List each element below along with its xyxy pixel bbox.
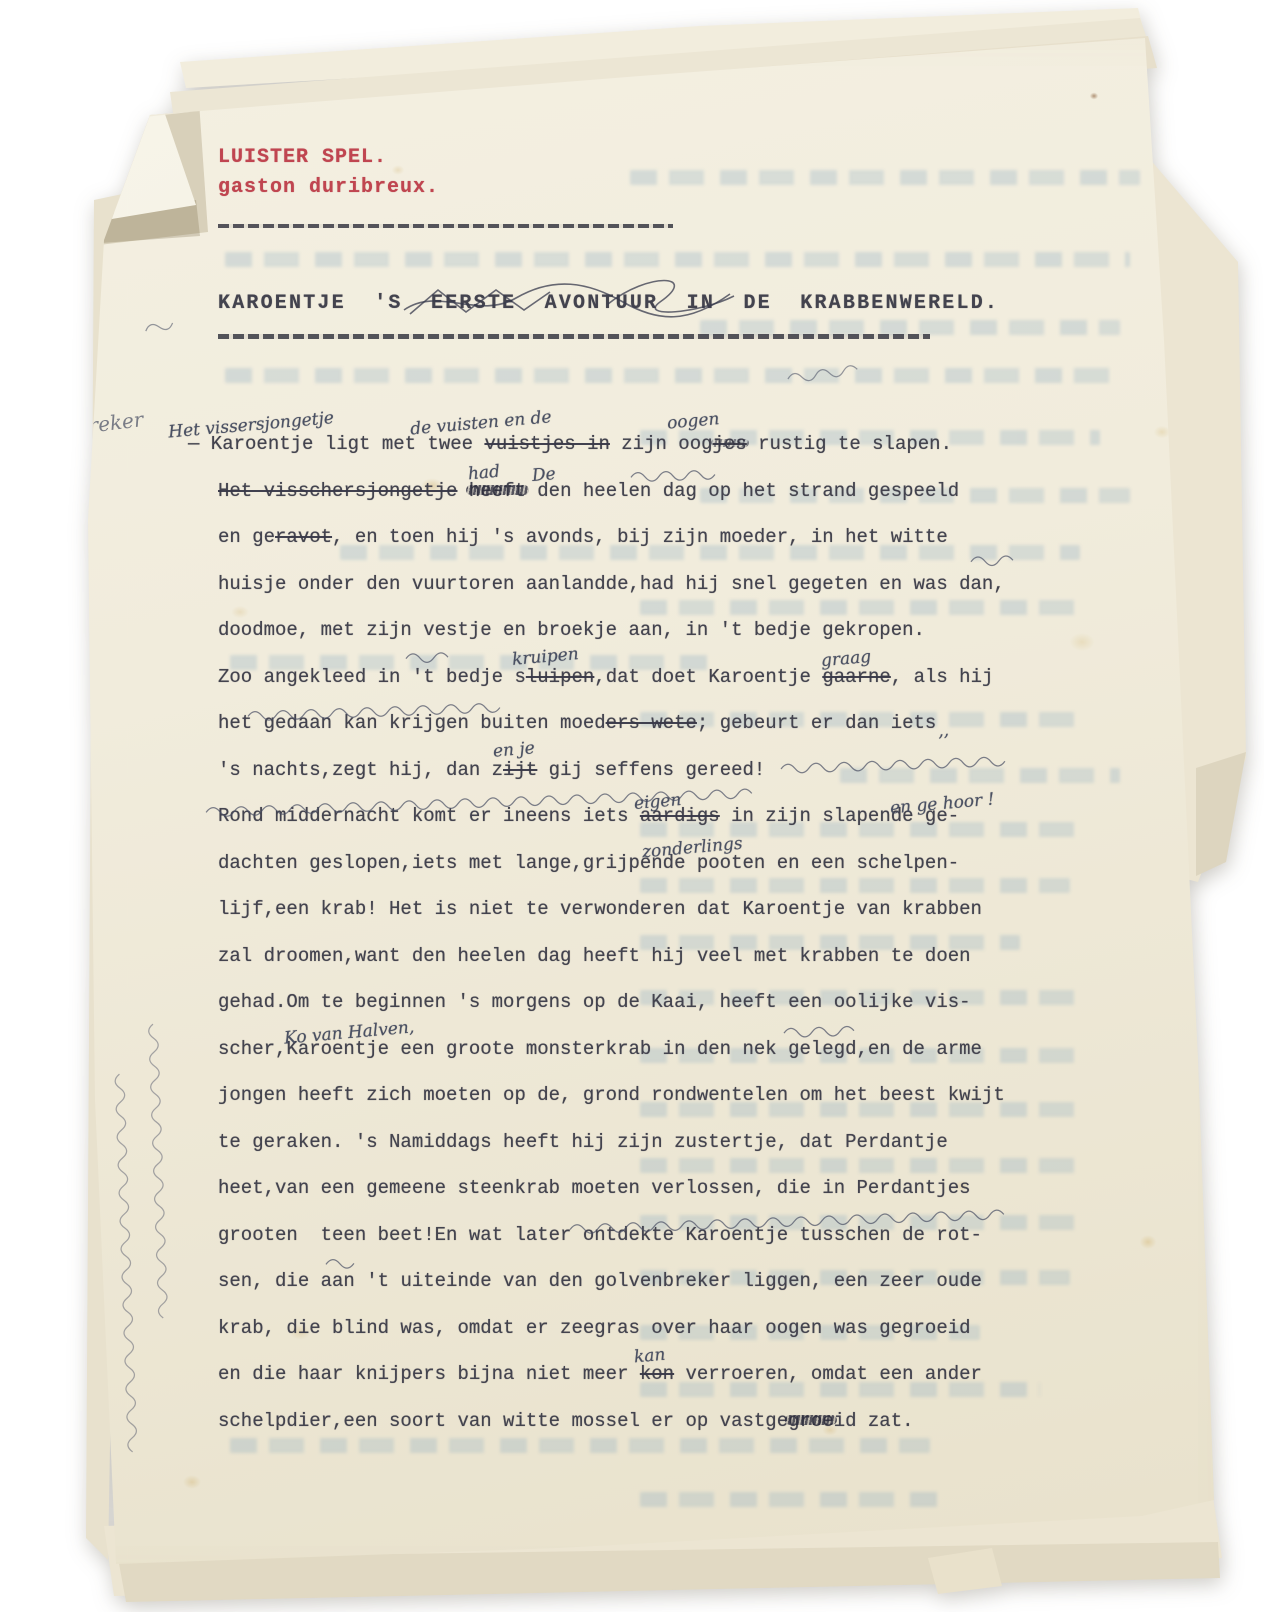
- typed-text: het gedaan kan krijgen buiten moed: [218, 712, 606, 734]
- bleed-through-line: [640, 600, 1080, 615]
- typed-text: Rond middernacht komt er ineens iets: [218, 805, 640, 827]
- typed-divider-rule: [218, 224, 673, 228]
- handwritten-scribble: [398, 276, 738, 328]
- typed-text: heet,van een gemeene steenkrab moeten ve…: [218, 1177, 971, 1199]
- bleed-through-line: [230, 1438, 930, 1453]
- typed-text: ravot: [275, 526, 332, 548]
- typed-text: op het strand gespeeld: [697, 480, 959, 502]
- typed-text: schelpdier,een soort van witte mossel er…: [218, 1410, 788, 1432]
- typed-text: an 't uiteinde van den golvenbreker ligg…: [332, 1270, 982, 1292]
- margin-vertical-note: [150, 1018, 173, 1318]
- typed-text: gelegd,en de arme: [788, 1038, 982, 1060]
- typed-text: ,dat doet Karoentje: [594, 666, 822, 688]
- typed-text: jongen heeft zich moeten op de, grond ro…: [218, 1084, 1005, 1106]
- bleed-through-line: [640, 935, 1020, 950]
- torn-corner-under: [0, 0, 1264, 1612]
- typed-text: en die haar knijpers bijna niet meer: [218, 1363, 640, 1385]
- typed-text: ijt: [503, 759, 537, 781]
- fold-crease: [0, 0, 1264, 1612]
- typed-line: sen, die aan 't uiteinde van den golvenb…: [218, 1258, 1018, 1305]
- typed-line: grooten teen beet!En wat later ontdekte …: [218, 1212, 1018, 1259]
- typed-line: schelpdier,een soort van witte mossel er…: [218, 1398, 1018, 1445]
- bleed-through-line: [640, 1048, 1080, 1063]
- typed-line: het gedaan kan krijgen buiten moeders we…: [218, 700, 1018, 747]
- bleed-through-line: [225, 368, 1125, 383]
- page-title: KAROENTJE 'S EERSTE AVONTUUR IN DE KRABB…: [218, 292, 999, 315]
- body-text: Het vissersjongetje— Karoentje ligt met …: [218, 421, 1018, 1444]
- typed-line: Ko van Halven,scher,Karoentje een groote…: [218, 1026, 1018, 1073]
- margin-vertical-note: [118, 1072, 141, 1452]
- typed-text: doodmoe, met zijn vestje en broekje aan,…: [218, 619, 925, 641]
- manuscript-scan: LUISTER SPEL. gaston duribreux. KAROENTJ…: [0, 0, 1264, 1612]
- document-heading-red: LUISTER SPEL.: [218, 146, 387, 169]
- bleed-through-line: [640, 712, 1080, 727]
- typed-line: en die haar knijpers bijna niet meer kon…: [218, 1351, 1018, 1398]
- typed-text: , als hij: [891, 666, 994, 688]
- typed-text: 's nachts,zegt hij, dan z: [218, 759, 503, 781]
- typed-line: en ge hoor !Rond middernacht komt er ine…: [218, 793, 1018, 840]
- typed-line: en geravot, en toen hij 's avonds, bij z…: [218, 514, 1018, 561]
- typed-text: jes: [713, 433, 747, 455]
- handwritten-scribble: [787, 362, 861, 392]
- bleed-through-line: [640, 822, 1080, 837]
- bleed-through-line: [225, 252, 1130, 267]
- bleed-through-line: [840, 768, 1120, 783]
- bleed-through-line: [640, 1102, 1090, 1117]
- typed-line: Het visschersjongetje heefthadDe den hee…: [218, 468, 1018, 515]
- handwritten-scribble: [144, 314, 183, 345]
- typed-text: 't bedje s: [412, 666, 526, 688]
- typed-line: 's nachts,zegt hij, dan zijten je gij se…: [218, 747, 1018, 794]
- typed-line: Het vissersjongetje— Karoentje ligt met …: [218, 421, 1018, 468]
- bleed-through-line: [230, 655, 710, 670]
- fold-shadow: [0, 0, 1264, 1612]
- typed-text: id zat.: [834, 1410, 914, 1432]
- manuscript-page: LUISTER SPEL. gaston duribreux. KAROENTJ…: [0, 0, 1264, 1612]
- typed-line: jongen heeft zich moeten op de, grond ro…: [218, 1072, 1018, 1119]
- bleed-through-line: [700, 320, 1120, 335]
- bleed-through-line: [640, 990, 1090, 1005]
- typed-line: doodmoe, met zijn vestje en broekje aan,…: [218, 607, 1018, 654]
- typed-line: krab, die blind was, omdat er zeegras ov…: [218, 1305, 1018, 1352]
- typed-text: , en toen hij 's avonds, bij zijn moeder…: [332, 526, 948, 548]
- bleed-through-line: [640, 1270, 1070, 1285]
- typed-text: luipen: [526, 666, 594, 688]
- typed-text: zal droomen,want den heelen dag heeft hi…: [218, 945, 971, 967]
- typed-text: rustig te slapen.: [747, 433, 952, 455]
- typed-text: zijn: [610, 433, 678, 455]
- typed-line: te geraken. 's Namiddags heeft hij zijn …: [218, 1119, 1018, 1166]
- typed-text: in zijn slapende ge-: [720, 805, 959, 827]
- typed-text: huisje onder den vuurtoren aanlandde,had…: [218, 573, 1005, 595]
- typed-text: Het visschersjongetje: [218, 480, 457, 502]
- author-name: gaston duribreux.: [218, 176, 439, 199]
- typed-text: en ge: [218, 526, 275, 548]
- typed-text: ; gebeurt er dan iets: [697, 712, 936, 734]
- typed-line: huisje onder den vuurtoren aanlandde,had…: [218, 561, 1018, 608]
- typed-text: — Karoentje ligt met twee: [188, 433, 484, 455]
- bleed-through-line: [700, 488, 1130, 503]
- typed-text: gehad.Om te beginnen 's morgens op de Ka…: [218, 991, 971, 1013]
- bleed-through-line: [640, 1382, 1040, 1397]
- typed-text: kon: [640, 1363, 674, 1385]
- typed-text: groe: [788, 1410, 834, 1432]
- typed-text: te geraken. 's Namiddags heeft hij zijn …: [218, 1131, 948, 1153]
- typed-text: aardigs: [640, 805, 720, 827]
- typed-line: gehad.Om te beginnen 's morgens op de Ka…: [218, 979, 1018, 1026]
- paper-stains: [0, 0, 1264, 1612]
- typed-title-underline: [218, 334, 930, 339]
- typed-text: heeft: [469, 480, 526, 502]
- bleed-through-line: [640, 1492, 940, 1507]
- typed-text: grooten teen beet!En wat later ontdekte …: [218, 1224, 982, 1246]
- bleed-through-line: [640, 430, 1100, 445]
- bleed-through-line: [340, 545, 1080, 560]
- typed-text: [457, 480, 468, 502]
- typed-text: krab, die blind was, omdat er zeegras ov…: [218, 1317, 971, 1339]
- typed-text: sen, die a: [218, 1270, 332, 1292]
- typed-line: lijf,een krab! Het is niet te verwondere…: [218, 886, 1018, 933]
- typed-text: ers wete: [606, 712, 697, 734]
- typed-text: dachten geslopen,iets met lange,grijpend…: [218, 852, 959, 874]
- typed-text: scher,Karoentje een groote monsterkrab i…: [218, 1038, 788, 1060]
- typed-line: heet,van een gemeene steenkrab moeten ve…: [218, 1165, 1018, 1212]
- typed-line: zal droomen,want den heelen dag heeft hi…: [218, 933, 1018, 980]
- typed-line: dachten geslopen,iets met lange,grijpend…: [218, 840, 1018, 887]
- bleed-through-line: [640, 1215, 1090, 1230]
- bleed-through-line: [630, 170, 1140, 185]
- typed-line: Zoo angekleed in 't bedje sluipenkruipen…: [218, 654, 1018, 701]
- paper-stack: LUISTER SPEL. gaston duribreux. KAROENTJ…: [0, 0, 1264, 1612]
- typed-text: den heelen dag: [526, 480, 697, 502]
- bleed-through-line: [640, 1158, 1080, 1173]
- bleed-through-line: [640, 1325, 980, 1340]
- typed-text: verroeren, omdat een ander: [674, 1363, 982, 1385]
- typed-text: lijf,een krab! Het is niet te verwondere…: [218, 898, 982, 920]
- margin-note-speaker: Spreker: [61, 407, 145, 441]
- typed-text: oog: [678, 433, 712, 455]
- typed-text: gij seffens gereed!: [537, 759, 765, 781]
- typed-text: vuistjes in: [484, 433, 609, 455]
- bleed-through-line: [640, 878, 1070, 893]
- typed-text: gaarne: [822, 666, 890, 688]
- typed-text: Zoo angekleed in: [218, 666, 412, 688]
- folded-corner-flap: [0, 0, 1264, 1612]
